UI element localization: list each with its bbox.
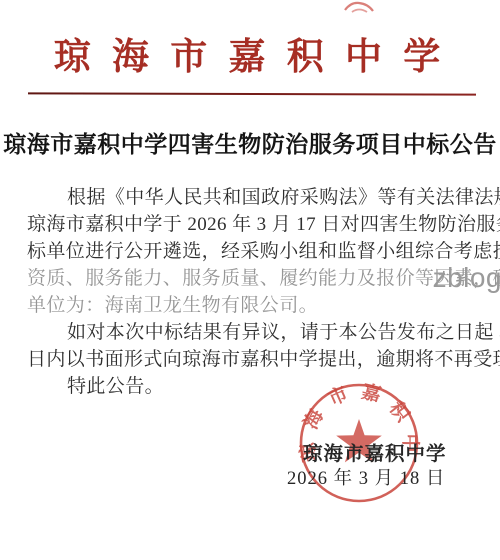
watermark-text: zblog: [433, 262, 500, 294]
letterhead-divider: [28, 92, 476, 95]
announcement-title: 琼海市嘉积中学四害生物防治服务项目中标公告: [0, 126, 500, 159]
body-line: 日内以书面形式向琼海市嘉积中学提出，逾期将不再受理。: [27, 346, 473, 373]
body-line: 资质、服务能力、服务质量、履约能力及报价等因素，确定中标: [27, 265, 473, 292]
body-line: 琼海市嘉积中学于 2026 年 3 月 17 日对四害生物防治服务项目投: [27, 211, 473, 238]
announcement-body: 根据《中华人民共和国政府采购法》等有关法律法规规定， 琼海市嘉积中学于 2026…: [27, 184, 473, 400]
top-stamp-fragment-icon: [343, 0, 375, 14]
signature-school-name: 琼海市嘉积中学: [303, 438, 447, 466]
body-line: 根据《中华人民共和国政府采购法》等有关法律法规规定，: [27, 184, 473, 211]
body-line: 单位为：海南卫龙生物有限公司。: [27, 292, 473, 319]
body-line: 如对本次中标结果有异议，请于本公告发布之日起 3 个工作: [27, 319, 473, 346]
body-line: 标单位进行公开遴选，经采购小组和监督小组综合考虑投标单位: [27, 238, 473, 265]
signature-date: 2026 年 3 月 18 日: [287, 464, 445, 490]
letterhead-school-name: 琼 海 市 嘉 积 中 学: [0, 26, 500, 80]
announcement-document: 琼 海 市 嘉 积 中 学 琼海市嘉积中学四害生物防治服务项目中标公告 根据《中…: [0, 0, 500, 560]
